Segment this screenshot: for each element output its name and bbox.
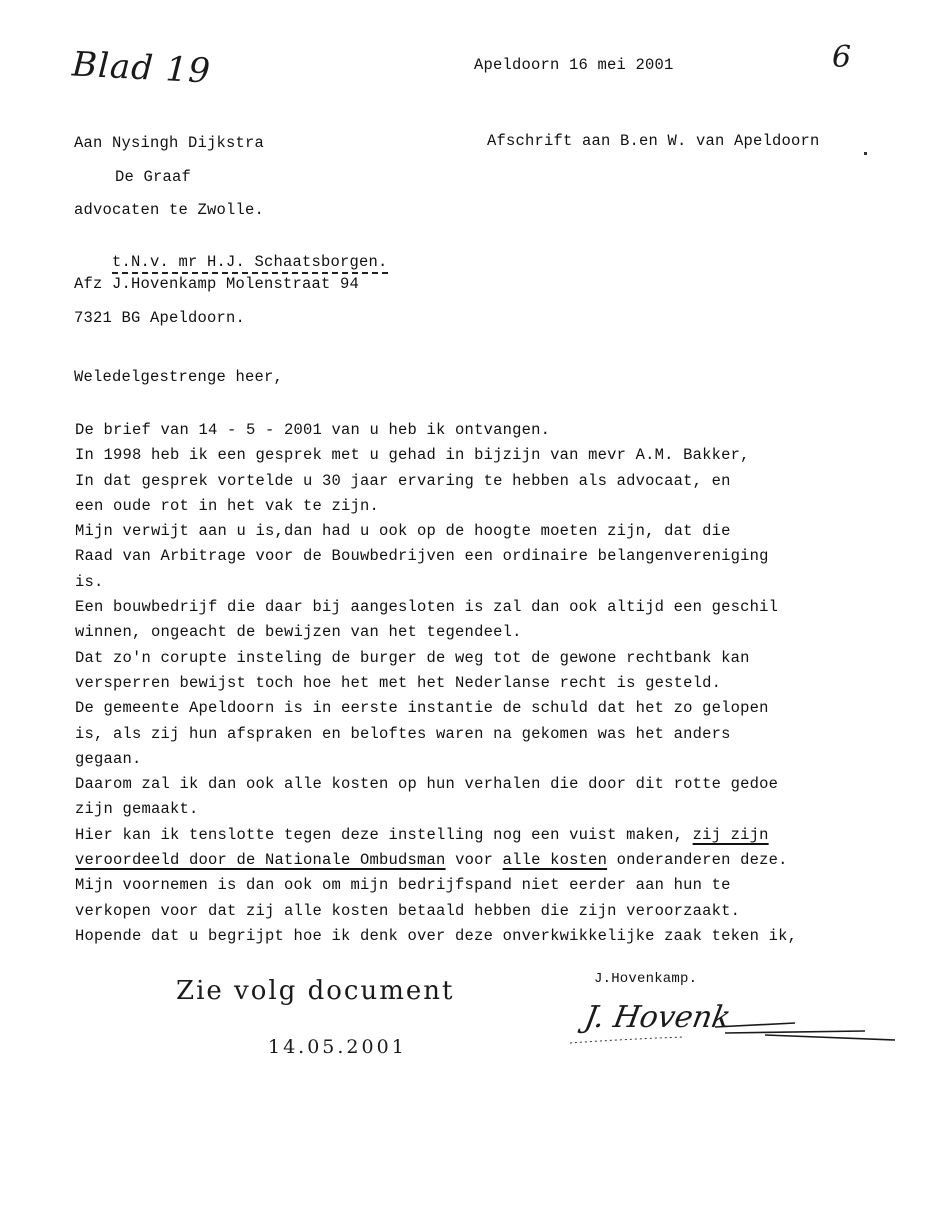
body-line: Mijn voornemen is dan ook om mijn bedrij…	[75, 873, 797, 898]
handwritten-note: Zie volg document	[176, 976, 454, 1006]
body-line: Mijn verwijt aan u is,dan had u ook op d…	[75, 519, 797, 544]
body-line: Raad van Arbitrage voor de Bouwbedrijven…	[75, 544, 797, 569]
body-line: zijn gemaakt.	[75, 797, 797, 822]
sender-line-1: Afz J.Hovenkamp Molenstraat 94	[74, 275, 359, 293]
body-line: In 1998 heb ik een gesprek met u gehad i…	[75, 443, 797, 468]
underlined-text: alle kosten	[503, 851, 608, 869]
body-line: verkopen voor dat zij alle kosten betaal…	[75, 899, 797, 924]
body-line: De brief van 14 - 5 - 2001 van u heb ik …	[75, 418, 797, 443]
handwritten-note-date: 14.05.2001	[268, 1036, 407, 1058]
recipient-line-3: advocaten te Zwolle.	[74, 201, 264, 219]
recipient-attention-text: t.N.v. mr H.J. Schaatsborgen.	[112, 253, 388, 274]
body-line: Een bouwbedrijf die daar bij aangesloten…	[75, 595, 797, 620]
handwritten-page-number: 6	[832, 40, 851, 75]
body-line: In dat gesprek vortelde u 30 jaar ervari…	[75, 469, 797, 494]
salutation: Weledelgestrenge heer,	[74, 368, 283, 386]
body-text: Hier kan ik tenslotte tegen deze instell…	[75, 826, 693, 844]
recipient-line-2: De Graaf	[115, 168, 191, 186]
scan-speck	[864, 152, 867, 155]
body-line-hier: Hier kan ik tenslotte tegen deze instell…	[75, 823, 797, 848]
sender-line-2: 7321 BG Apeldoorn.	[74, 309, 245, 327]
underlined-text: zij zijn	[693, 826, 769, 844]
body-line: Dat zo'n corupte insteling de burger de …	[75, 646, 797, 671]
body-line: De gemeente Apeldoorn is in eerste insta…	[75, 696, 797, 721]
body-line: is, als zij hun afspraken en beloftes wa…	[75, 722, 797, 747]
body-line: een oude rot in het vak te zijn.	[75, 494, 797, 519]
copy-to: Afschrift aan B.en W. van Apeldoorn	[487, 132, 820, 150]
body-line: versperren bewijst toch hoe het met het …	[75, 671, 797, 696]
body-line: winnen, ongeacht de bewijzen van het teg…	[75, 620, 797, 645]
place-date: Apeldoorn 16 mei 2001	[474, 56, 674, 74]
body-line: gegaan.	[75, 747, 797, 772]
body-line: is.	[75, 570, 797, 595]
body-line: Daarom zal ik dan ook alle kosten op hun…	[75, 772, 797, 797]
typed-signature-name: J.Hovenkamp.	[594, 970, 697, 988]
body-line: Hopende dat u begrijpt hoe ik denk over …	[75, 924, 797, 949]
recipient-line-1: Aan Nysingh Dijkstra	[74, 134, 264, 152]
letter-page: Blad 19 Apeldoorn 16 mei 2001 6 Aan Nysi…	[0, 0, 950, 1221]
body-text: onderanderen deze.	[607, 851, 788, 869]
body-text: voor	[446, 851, 503, 869]
signature-flourish	[565, 1005, 905, 1055]
letter-body: De brief van 14 - 5 - 2001 van u heb ik …	[75, 418, 797, 949]
body-line-veroordeeld: veroordeeld door de Nationale Ombudsman …	[75, 848, 797, 873]
handwritten-page-label: Blad 19	[71, 44, 212, 91]
underlined-text: veroordeeld door de Nationale Ombudsman	[75, 851, 446, 869]
